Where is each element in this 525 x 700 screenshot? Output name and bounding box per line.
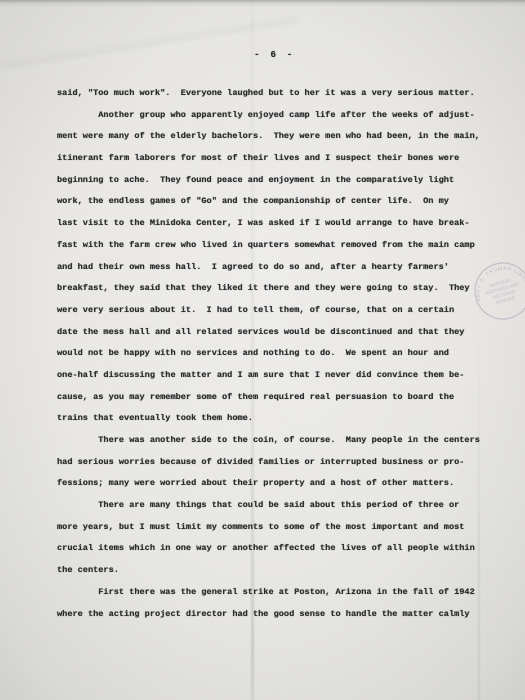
text-line: where the acting project director had th…: [57, 604, 497, 626]
text-line: would not be happy with no services and …: [57, 343, 497, 365]
text-line: were very serious about it. I had to tel…: [57, 300, 497, 322]
text-line: and had their own mess hall. I agreed to…: [57, 257, 497, 279]
text-line: the centers.: [57, 560, 497, 582]
text-line: itinerant farm laborers for most of thei…: [57, 148, 497, 170]
text-line: ment were many of the elderly bachelors.…: [57, 126, 497, 148]
text-line: said, "Too much work". Everyone laughed …: [57, 83, 497, 105]
scan-edge-shadow: [0, 0, 525, 7]
typed-text: said, "Too much work". Everyone laughed …: [57, 83, 497, 625]
text-line: trains that eventually took them home.: [57, 408, 497, 430]
paper-crease-diagonal: [0, 12, 299, 79]
text-line: beginning to ache. They found peace and …: [57, 170, 497, 192]
text-line: There was another side to the coin, of c…: [57, 430, 497, 452]
text-line: Another group who apparently enjoyed cam…: [57, 105, 497, 127]
text-line: last visit to the Minidoka Center, I was…: [57, 213, 497, 235]
text-line: fessions; many were worried about their …: [57, 473, 497, 495]
text-line: had serious worries because of divided f…: [57, 452, 497, 474]
text-line: fast with the farm crew who lived in qua…: [57, 235, 497, 257]
text-line: crucial items which in one way or anothe…: [57, 538, 497, 560]
text-line: work, the endless games of "Go" and the …: [57, 191, 497, 213]
text-line: one-half discussing the matter and I am …: [57, 365, 497, 387]
text-line: more years, but I must limit my comments…: [57, 517, 497, 539]
text-line: cause, as you may remember some of them …: [57, 387, 497, 409]
text-line: There are many things that could be said…: [57, 495, 497, 517]
text-line: breakfast, they said that they liked it …: [57, 278, 497, 300]
scanned-document-page: - 6 - said, "Too much work". Everyone la…: [0, 0, 525, 700]
page-number: - 6 -: [254, 49, 295, 60]
text-line: date the mess hall and all related servi…: [57, 322, 497, 344]
text-line: First there was the general strike at Po…: [57, 582, 497, 604]
